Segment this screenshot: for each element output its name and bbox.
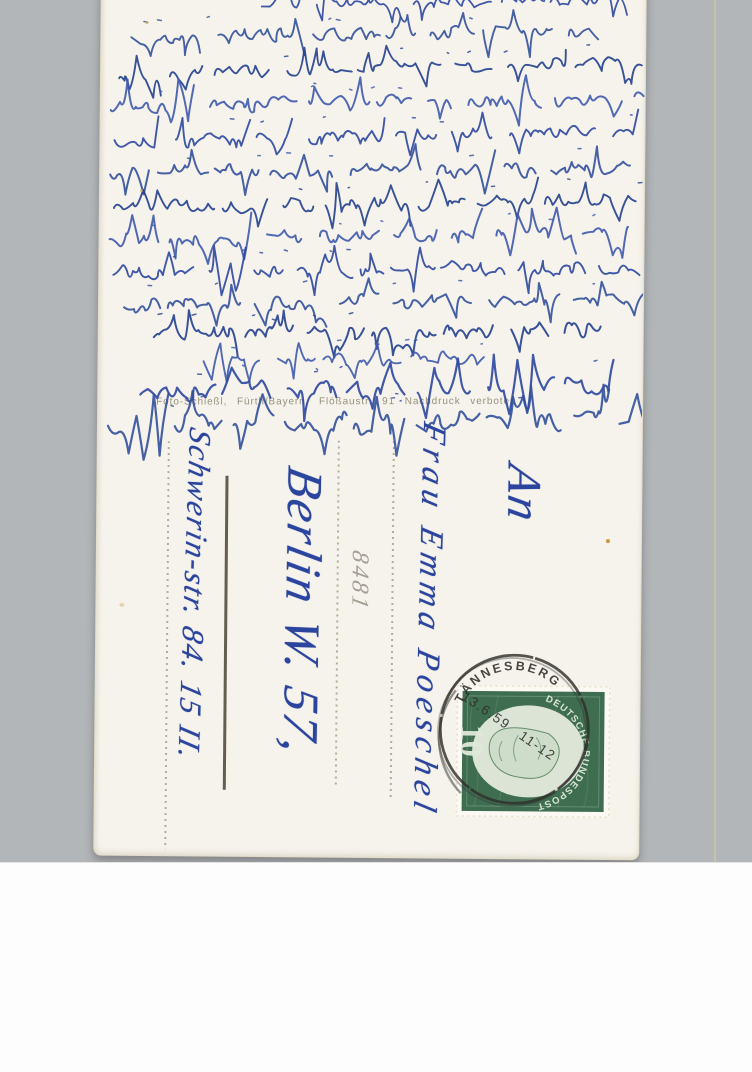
handwriting-diacritics — [174, 249, 351, 257]
handwriting-line — [261, 0, 627, 25]
address-an: An — [499, 461, 547, 527]
handwriting-line — [110, 142, 630, 197]
age-spot — [145, 21, 148, 24]
address-city: Berlin W. 57, — [276, 463, 331, 761]
age-spot — [119, 603, 124, 607]
handwriting-line — [124, 274, 644, 330]
handwriting-diacritics — [151, 212, 595, 226]
handwriting-line — [109, 207, 628, 265]
postage-stamp: DEUTSCHE BUNDESPOST 10 — [456, 685, 611, 818]
handwriting-diacritics — [284, 44, 589, 57]
stamp-value: 10 — [456, 725, 491, 757]
handwriting-line — [203, 341, 484, 382]
handwriting-line — [131, 9, 598, 60]
handwriting-diacritics — [171, 392, 522, 406]
handwriting-diacritics — [299, 177, 642, 190]
handwriting-diacritics — [232, 339, 483, 348]
handwriting-line — [113, 242, 640, 297]
postcard: Foto-Schießl, Fürth/Bayern, Flößaustr. 9… — [93, 0, 647, 860]
photo-background: Foto-Schießl, Fürth/Bayern, Flößaustr. 9… — [0, 0, 752, 862]
age-spot — [140, 189, 143, 192]
handwriting-diacritics — [188, 149, 582, 159]
scanned-postcard-page: { "scene": { "background_color": "#b3b6b… — [0, 0, 752, 1072]
age-spot — [606, 539, 610, 543]
handwriting-diacritics — [160, 82, 401, 92]
handwriting-line — [110, 73, 643, 130]
pencil-note: 8481 — [347, 549, 371, 613]
handwriting-line — [119, 40, 643, 99]
scan-white-margin — [0, 862, 752, 1072]
handwriting-line — [113, 176, 636, 233]
scan-scratch-line — [714, 0, 716, 862]
handwriting-line — [140, 353, 614, 423]
